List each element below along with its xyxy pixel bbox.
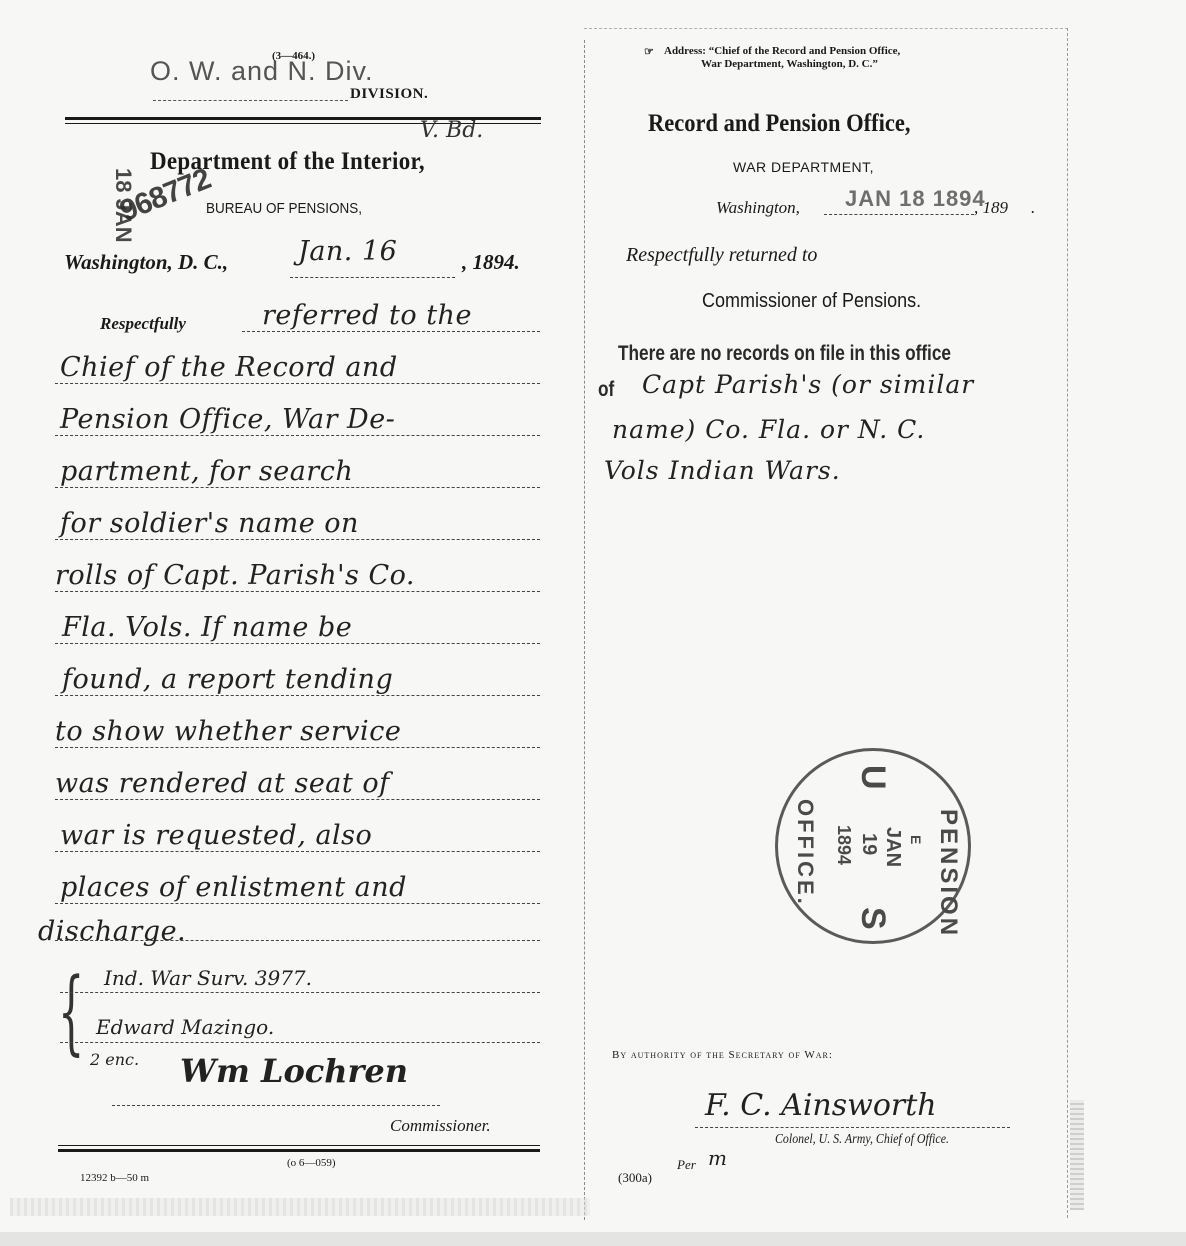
place-label: Washington, D. C., xyxy=(64,250,228,275)
postmark-mark: E xyxy=(908,835,924,844)
year-label: , 1894. xyxy=(462,250,520,275)
postmark-bottom-text: OFFICE. xyxy=(792,799,818,907)
rule-line xyxy=(55,435,540,436)
address-line: Address: “Chief of the Record and Pensio… xyxy=(664,45,900,57)
receipt-stamp-date: 18 JAN xyxy=(110,168,136,243)
handwritten-finding: Capt Parish's (or similar xyxy=(642,370,974,399)
form-number: (300a) xyxy=(618,1170,652,1186)
of-label: of xyxy=(598,378,614,402)
bureau-name: BUREAU OF PENSIONS, xyxy=(206,200,362,217)
handwritten-date: Jan. 16 xyxy=(298,236,397,267)
claim-line: Edward Mazingo. xyxy=(96,1015,274,1039)
date-blank-line xyxy=(290,277,455,278)
signature-line xyxy=(112,1105,440,1106)
postmark-right-letter: S xyxy=(853,907,892,930)
pointing-hand-icon: ☞ xyxy=(644,45,654,58)
body-line: was rendered at seat of xyxy=(55,768,390,799)
period-mark: . xyxy=(1031,198,1035,218)
claim-line: Ind. War Surv. 3977. xyxy=(104,966,312,990)
footer-rule-thick xyxy=(58,1149,540,1152)
rule-line xyxy=(55,747,540,748)
form-code: (3—464.) xyxy=(272,50,315,62)
addressee: Commissioner of Pensions. xyxy=(702,290,921,313)
chief-signature: F. C. Ainsworth xyxy=(705,1088,937,1123)
office-heading: Record and Pension Office, xyxy=(648,110,910,138)
footer-code-left: 12392 b—50 m xyxy=(80,1172,149,1184)
rule-line xyxy=(55,539,540,540)
postmark-month: JAN xyxy=(881,827,904,867)
postmark-day: 19 xyxy=(857,833,880,855)
rule-line xyxy=(55,695,540,696)
body-line: found, a report tending xyxy=(62,664,393,695)
respectfully-returned-label: Respectfully returned to xyxy=(626,244,817,267)
division-stamp: O. W. and N. Div. xyxy=(150,56,374,87)
division-label: DIVISION. xyxy=(350,86,428,103)
body-line: Pension Office, War De- xyxy=(60,404,395,435)
rule-line xyxy=(55,940,540,941)
scan-edge-shadow xyxy=(1070,1100,1084,1210)
place-label: Washington, xyxy=(716,198,800,218)
claim-line: 2 enc. xyxy=(90,1050,139,1069)
handwritten-finding: Vols Indian Wars. xyxy=(604,456,841,485)
body-line: discharge. xyxy=(38,916,186,947)
rule-line xyxy=(55,851,540,852)
body-line: to show whether service xyxy=(55,716,401,747)
commissioner-signature: Wm Lochren xyxy=(180,1052,408,1090)
scan-edge-shadow xyxy=(10,1198,590,1216)
footer-rule-thin xyxy=(58,1145,540,1146)
department-name: WAR DEPARTMENT, xyxy=(733,159,874,175)
postmark-left-letter: U xyxy=(853,765,892,790)
pension-office-postmark: PENSION U S OFFICE. E JAN 19 1894 xyxy=(775,748,971,944)
body-line: for soldier's name on xyxy=(60,508,359,539)
rule-line xyxy=(55,903,540,904)
scanned-document: O. W. and N. Div. (3—464.) DIVISION. V. … xyxy=(0,0,1186,1232)
per-label: Per xyxy=(677,1157,696,1173)
rule-line xyxy=(55,487,540,488)
rule-line xyxy=(60,1042,540,1043)
per-initials: m xyxy=(708,1146,727,1170)
panel-divider xyxy=(584,40,585,1220)
body-line: places of enlistment and xyxy=(60,872,407,903)
authority-line: By authority of the Secretary of War: xyxy=(612,1049,833,1061)
brace-mark: { xyxy=(58,958,84,1065)
footer-code-center: (o 6—059) xyxy=(287,1157,336,1169)
signature-title: Colonel, U. S. Army, Chief of Office. xyxy=(775,1132,949,1148)
rule-line xyxy=(55,591,540,592)
year-suffix: , 189 xyxy=(974,198,1008,218)
body-line: referred to the xyxy=(262,300,472,331)
division-blank-line xyxy=(153,100,348,101)
body-line: partment, for search xyxy=(60,456,353,487)
rule-line xyxy=(55,383,540,384)
handwritten-initials: V. Bd. xyxy=(420,118,483,143)
signature-line xyxy=(695,1127,1010,1128)
no-records-stamp: There are no records on file in this off… xyxy=(618,342,951,366)
address-line: War Department, Washington, D. C.” xyxy=(701,58,878,70)
panel-top-border xyxy=(584,28,1068,29)
received-date-stamp: JAN 18 1894 xyxy=(845,186,986,212)
body-line: Chief of the Record and xyxy=(60,352,398,383)
body-line: Fla. Vols. If name be xyxy=(62,612,352,643)
handwritten-finding: name) Co. Fla. or N. C. xyxy=(612,415,925,444)
body-line: war is requested, also xyxy=(60,820,372,851)
commissioner-title: Commissioner. xyxy=(390,1116,491,1136)
rule-line xyxy=(60,992,540,993)
rule-line xyxy=(242,331,540,332)
scan-bottom-margin xyxy=(0,1232,1186,1246)
date-blank-line xyxy=(824,214,974,215)
respectfully-label: Respectfully xyxy=(100,314,186,334)
rule-line xyxy=(55,643,540,644)
rule-line xyxy=(55,799,540,800)
body-line: rolls of Capt. Parish's Co. xyxy=(55,560,415,591)
postmark-year: 1894 xyxy=(833,825,854,865)
postmark-top-text: PENSION xyxy=(934,809,962,938)
panel-right-border xyxy=(1067,28,1068,1218)
